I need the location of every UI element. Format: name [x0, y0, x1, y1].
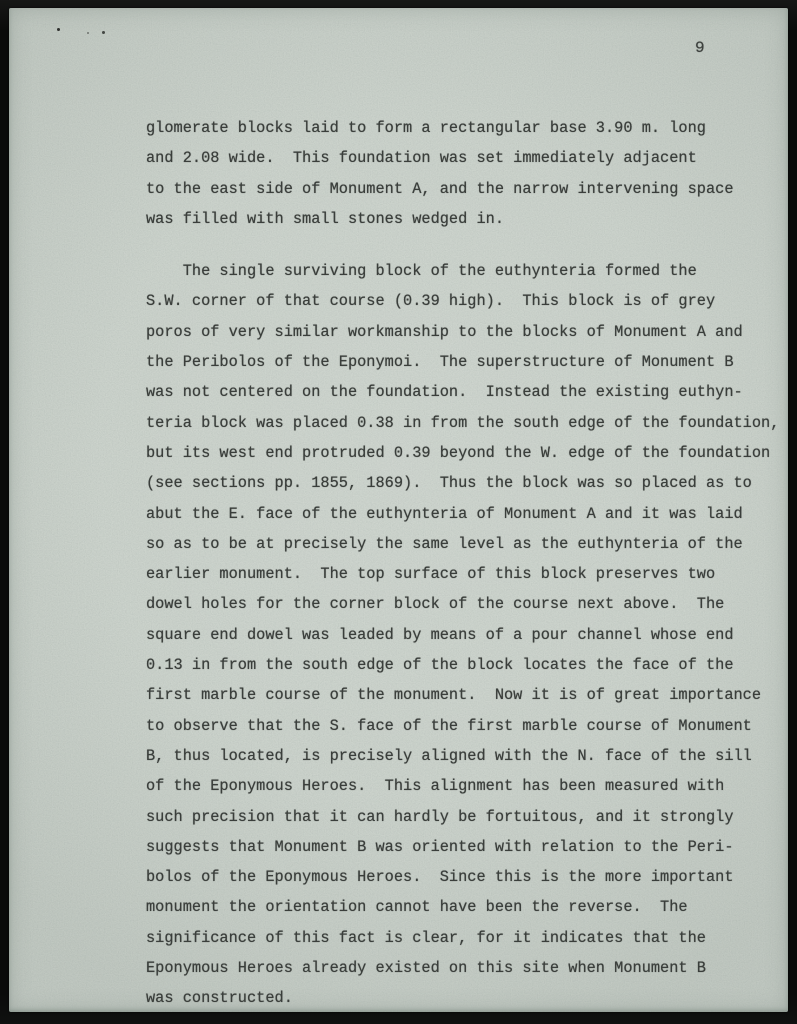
- paragraph-1: glomerate blocks laid to form a rectangu…: [146, 113, 788, 234]
- document-page: 9 glomerate blocks laid to form a rectan…: [9, 8, 788, 1012]
- ink-speck: [57, 28, 60, 31]
- ink-speck: [102, 31, 105, 34]
- page-body-text: glomerate blocks laid to form a rectangu…: [146, 113, 788, 1012]
- page-number: 9: [695, 39, 705, 57]
- ink-speck: [87, 32, 89, 34]
- paragraph-2: The single surviving block of the euthyn…: [146, 256, 788, 1012]
- scan-background: 9 glomerate blocks laid to form a rectan…: [0, 0, 797, 1024]
